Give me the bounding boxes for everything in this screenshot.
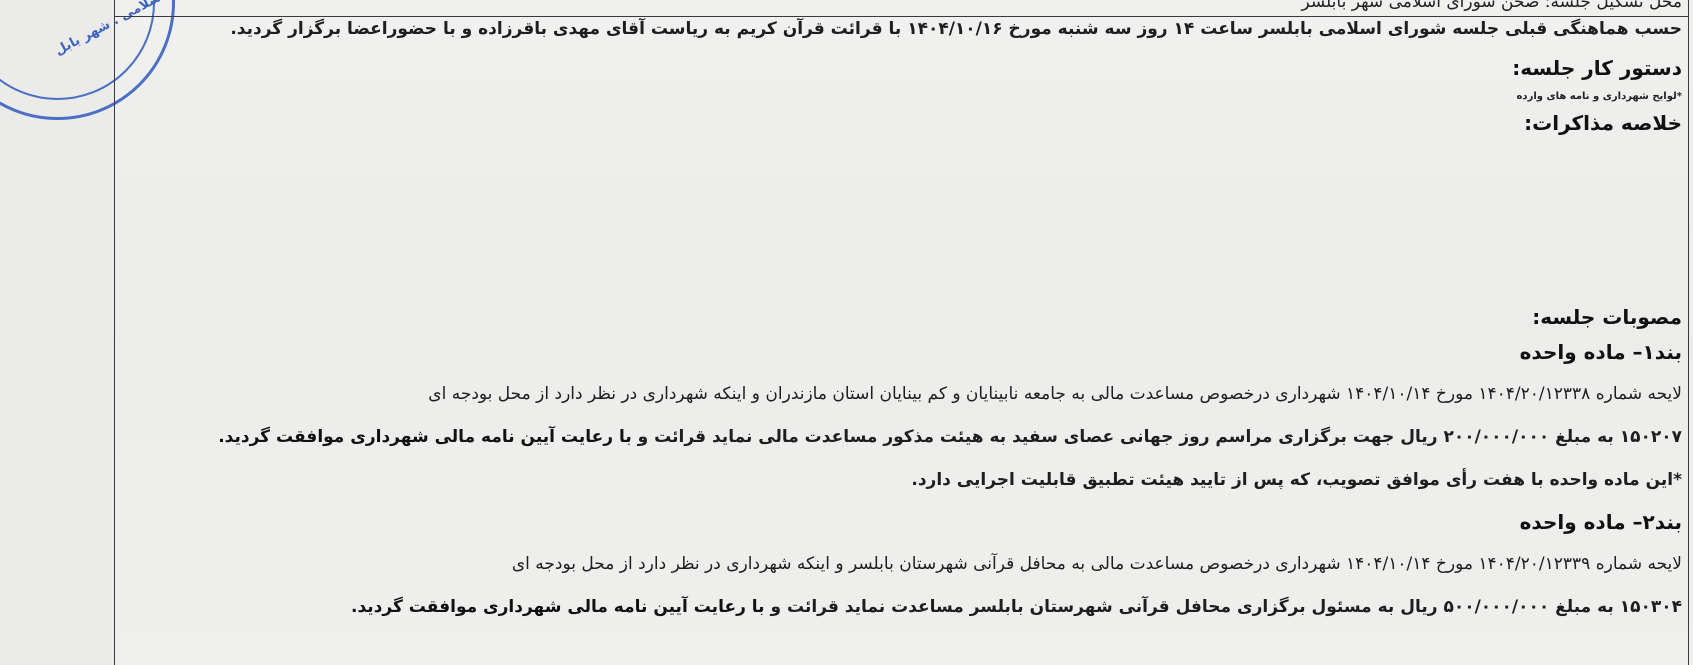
resolution-2-approval-text: با رعایت آیین نامه مالی شهرداری موافقت گ… <box>351 597 765 617</box>
document-page: ی اسلامی . شهر بابل محل تشکیل جلسه: صحن … <box>0 0 1693 665</box>
resolutions-heading: مصوبات جلسه: <box>1532 305 1682 329</box>
resolution-1-line-2-regular: ۱۵۰۲۰۷ به مبلغ ۲۰۰/۰۰۰/۰۰۰ ریال جهت برگز… <box>632 427 1682 447</box>
agenda-heading: دستور کار جلسه: <box>1512 56 1682 80</box>
agenda-item: *لوایح شهرداری و نامه های وارده <box>1517 91 1682 102</box>
frame-border-right <box>1688 0 1689 665</box>
resolution-2-text-line-1: لایحه شماره ۱۴۰۴/۲۰/۱۲۳۳۹ مورخ ۱۴۰۴/۱۰/۱… <box>512 554 1682 574</box>
meeting-intro: حسب هماهنگی قبلی جلسه شورای اسلامی بابلس… <box>230 19 1682 39</box>
resolution-1-note: *این ماده واحده با هفت رأی موافق تصویب، … <box>911 470 1682 490</box>
meeting-location: محل تشکیل جلسه: صحن شورای اسلامی شهر باب… <box>1302 0 1683 12</box>
resolution-2-text-line-2: ۱۵۰۳۰۴ به مبلغ ۵۰۰/۰۰۰/۰۰۰ ریال به مسئول… <box>351 597 1682 617</box>
minutes-content: محل تشکیل جلسه: صحن شورای اسلامی شهر باب… <box>120 0 1682 665</box>
resolution-1-approval-text: با رعایت آیین نامه مالی شهرداری موافقت گ… <box>218 427 632 447</box>
frame-border-left <box>114 0 115 665</box>
resolution-1-text-line-2: ۱۵۰۲۰۷ به مبلغ ۲۰۰/۰۰۰/۰۰۰ ریال جهت برگز… <box>218 427 1682 447</box>
resolution-2-line-2-regular: ۱۵۰۳۰۴ به مبلغ ۵۰۰/۰۰۰/۰۰۰ ریال به مسئول… <box>765 597 1682 617</box>
resolution-2-title: بند۲– ماده واحده <box>1520 510 1682 534</box>
resolution-1-text-line-1: لایحه شماره ۱۴۰۴/۲۰/۱۲۳۳۸ مورخ ۱۴۰۴/۱۰/۱… <box>428 384 1682 404</box>
summary-heading: خلاصه مذاکرات: <box>1524 111 1682 135</box>
resolution-1-title: بند۱– ماده واحده <box>1520 340 1682 364</box>
